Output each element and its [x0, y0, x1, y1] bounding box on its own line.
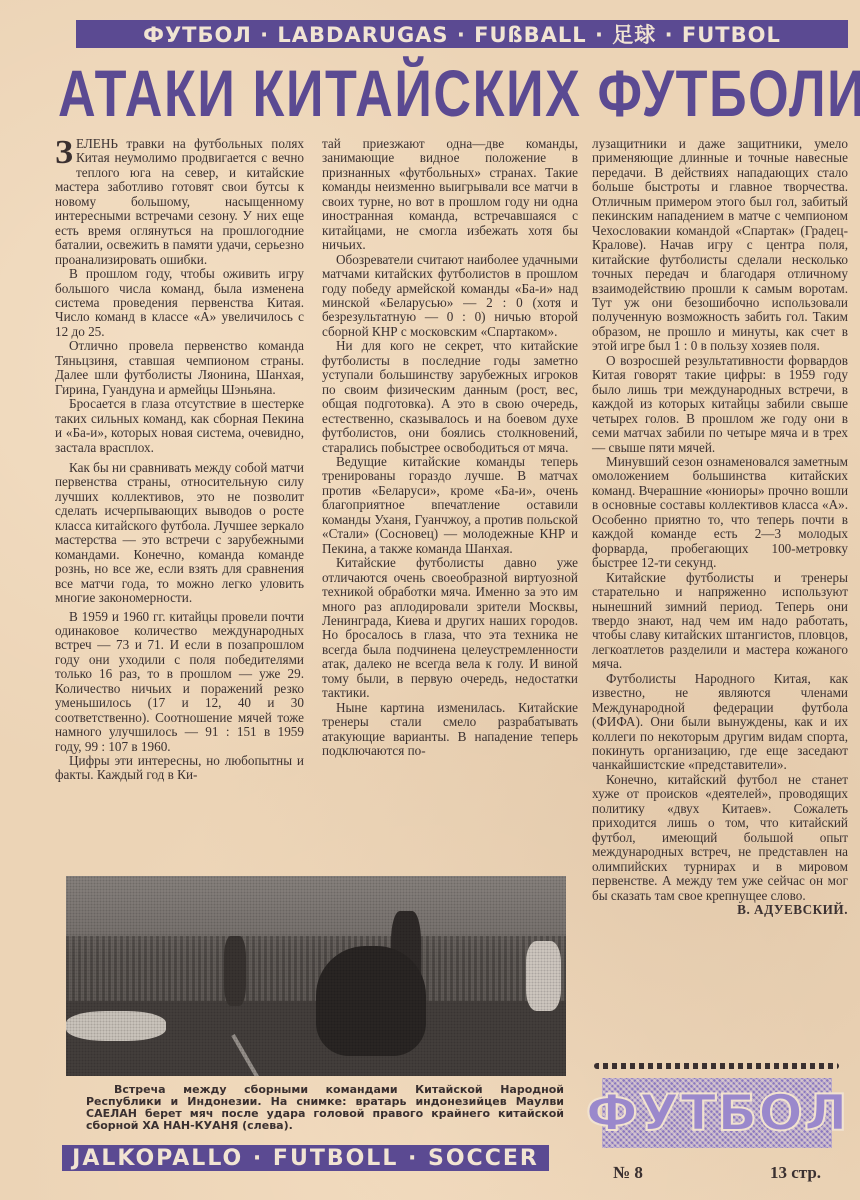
photo-caption: Встреча между сборными командами Китайск…	[86, 1084, 564, 1132]
paragraph: лузащитники и даже защитники, умело прим…	[592, 137, 848, 354]
issue-number: № 8	[613, 1163, 643, 1183]
article-column-2: тай приезжают одна—две команды, занимающ…	[322, 137, 578, 758]
article-column-1: ЗЕЛЕНЬ травки на футбольных полях Китая …	[55, 137, 304, 783]
paragraph: Минувший сезон ознаменовался заметным ом…	[592, 455, 848, 571]
halftone-screen	[66, 876, 566, 1076]
paragraph: Китайские футболисты и тренеры старатель…	[592, 571, 848, 672]
bottom-banner-text: JALKOPALLO · FUTBOLL · SOCCER	[72, 1146, 539, 1171]
paragraph: Футболисты Народного Китая, как известно…	[592, 672, 848, 773]
paragraph: Как бы ни сравнивать между собой матчи п…	[55, 461, 304, 606]
paragraph: Обозреватели считают наиболее удачными м…	[322, 253, 578, 340]
paragraph: Ведущие китайские команды теперь трениро…	[322, 455, 578, 556]
paragraph: Отлично провела первенство команда Тяньц…	[55, 339, 304, 397]
top-multilingual-banner: ФУТБОЛ · LABDARUGAS · FUßBALL · 足球 · FUT…	[76, 20, 848, 48]
match-photo	[66, 876, 566, 1076]
paragraph: Бросается в глаза отсутствие в шестерке …	[55, 397, 304, 455]
paragraph: Цифры эти интересны, но любопытны и факт…	[55, 754, 304, 783]
paragraph: Конечно, китайский футбол не станет хуже…	[592, 773, 848, 903]
paragraph: ЗЕЛЕНЬ травки на футбольных полях Китая …	[55, 137, 304, 267]
paragraph: Ныне картина изменилась. Китайские трене…	[322, 701, 578, 759]
wavy-rule	[594, 1063, 839, 1069]
bottom-multilingual-banner: JALKOPALLO · FUTBOLL · SOCCER	[62, 1145, 549, 1171]
top-banner-text: ФУТБОЛ · LABDARUGAS · FUßBALL · 足球 · FUT…	[143, 20, 781, 48]
article-headline: АТАКИ КИТАЙСКИХ ФУТБОЛИСТОВ	[58, 60, 682, 126]
paragraph: В 1959 и 1960 гг. китайцы провели почти …	[55, 610, 304, 755]
paragraph: В прошлом году, чтобы оживить игру больш…	[55, 267, 304, 339]
paragraph: Китайские футболисты давно уже отличаютс…	[322, 556, 578, 701]
paragraph: тай приезжают одна—две команды, занимающ…	[322, 137, 578, 253]
logo-text: ФУТБОЛ	[586, 1084, 849, 1142]
drop-cap: З	[55, 139, 73, 167]
article-column-3: лузащитники и даже защитники, умело прим…	[592, 137, 848, 917]
page-number: 13 стр.	[770, 1163, 821, 1183]
futbol-logo: ФУТБОЛ	[602, 1078, 832, 1148]
paragraph: Ни для кого не секрет, что китайские фут…	[322, 339, 578, 455]
paragraph: О возросшей результативности форвардов К…	[592, 354, 848, 455]
author-signature: В. АДУЕВСКИЙ.	[592, 903, 848, 917]
